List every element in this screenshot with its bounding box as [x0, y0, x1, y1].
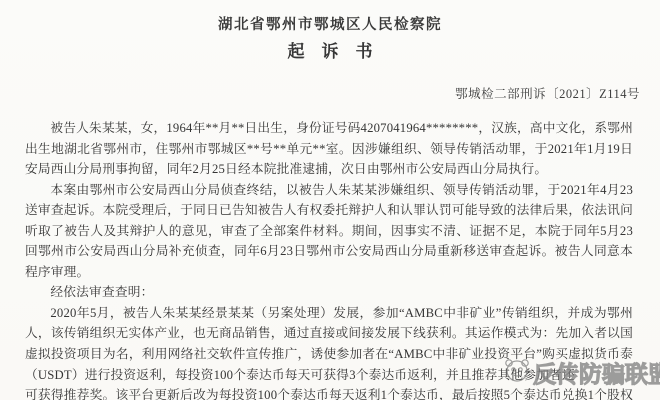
body-line: （USDT）进行投资返利，每投资100个泰达币每天可获得3个泰达币返利，并且推荐… [25, 365, 633, 386]
case-number: 鄂城检二部刑诉〔2021〕Z114号 [455, 84, 640, 102]
body-line: 回鄂州市公安局西山分局补充侦查，同年6月23日鄂州市公安局西山分局重新移送审查起… [25, 241, 633, 262]
body-line: 送审查起诉。本院受理后，于同日已告知被告人有权委托辩护人和认罪认罚可能导致的法律… [25, 200, 633, 221]
body-line: 人，该传销组织无实体产业，也无商品销售，通过直接或间接发展下线获利。其运作模式为… [25, 323, 633, 344]
body-line: 安局西山分局刑事拘留，同年2月25日经本院批准逮捕，次日由鄂州市公安局西山分局执… [25, 159, 633, 180]
body-line: 被告人朱某某，女，1964年**月**日出生，身份证号码4207041964**… [25, 118, 633, 139]
body-line: 可获得推荐奖。该平台更新后改为每投资100个泰达币每天返利1个泰达币，最后按照5… [25, 385, 633, 400]
body-line: 经依法审查查明： [25, 282, 633, 303]
body-line: 听取了被告人及其辩护人的意见，审查了全部案件材料。期间，因事实不清、证据不足，本… [25, 221, 633, 242]
body-line: 2020年5月，被告人朱某某经景某某（另案处理）发展，参加“AMBC中非矿业”传… [25, 303, 633, 324]
body-line: 本案由鄂州市公安局西山分局侦查终结，以被告人朱某某涉嫌组织、领导传销活动罪，于2… [25, 180, 633, 201]
document-title: 起诉书 [0, 37, 660, 62]
body-line: 程序审理。 [25, 262, 633, 283]
body-line: 出生地湖北省鄂州市，住鄂州市鄂城区**号**单元**室。因涉嫌组织、领导传销活动… [25, 139, 633, 160]
body-line: 虚拟投资项目为名，利用网络社交软件宣传推广，诱使参加者在“AMBC中非矿业投资平… [25, 344, 633, 365]
document-body-lines: 被告人朱某某，女，1964年**月**日出生，身份证号码4207041964**… [25, 118, 633, 400]
court-name: 湖北省鄂州市鄂城区人民检察院 [0, 13, 660, 34]
indictment-document: 湖北省鄂州市鄂城区人民检察院 起诉书 鄂城检二部刑诉〔2021〕Z114号 被告… [0, 0, 660, 400]
